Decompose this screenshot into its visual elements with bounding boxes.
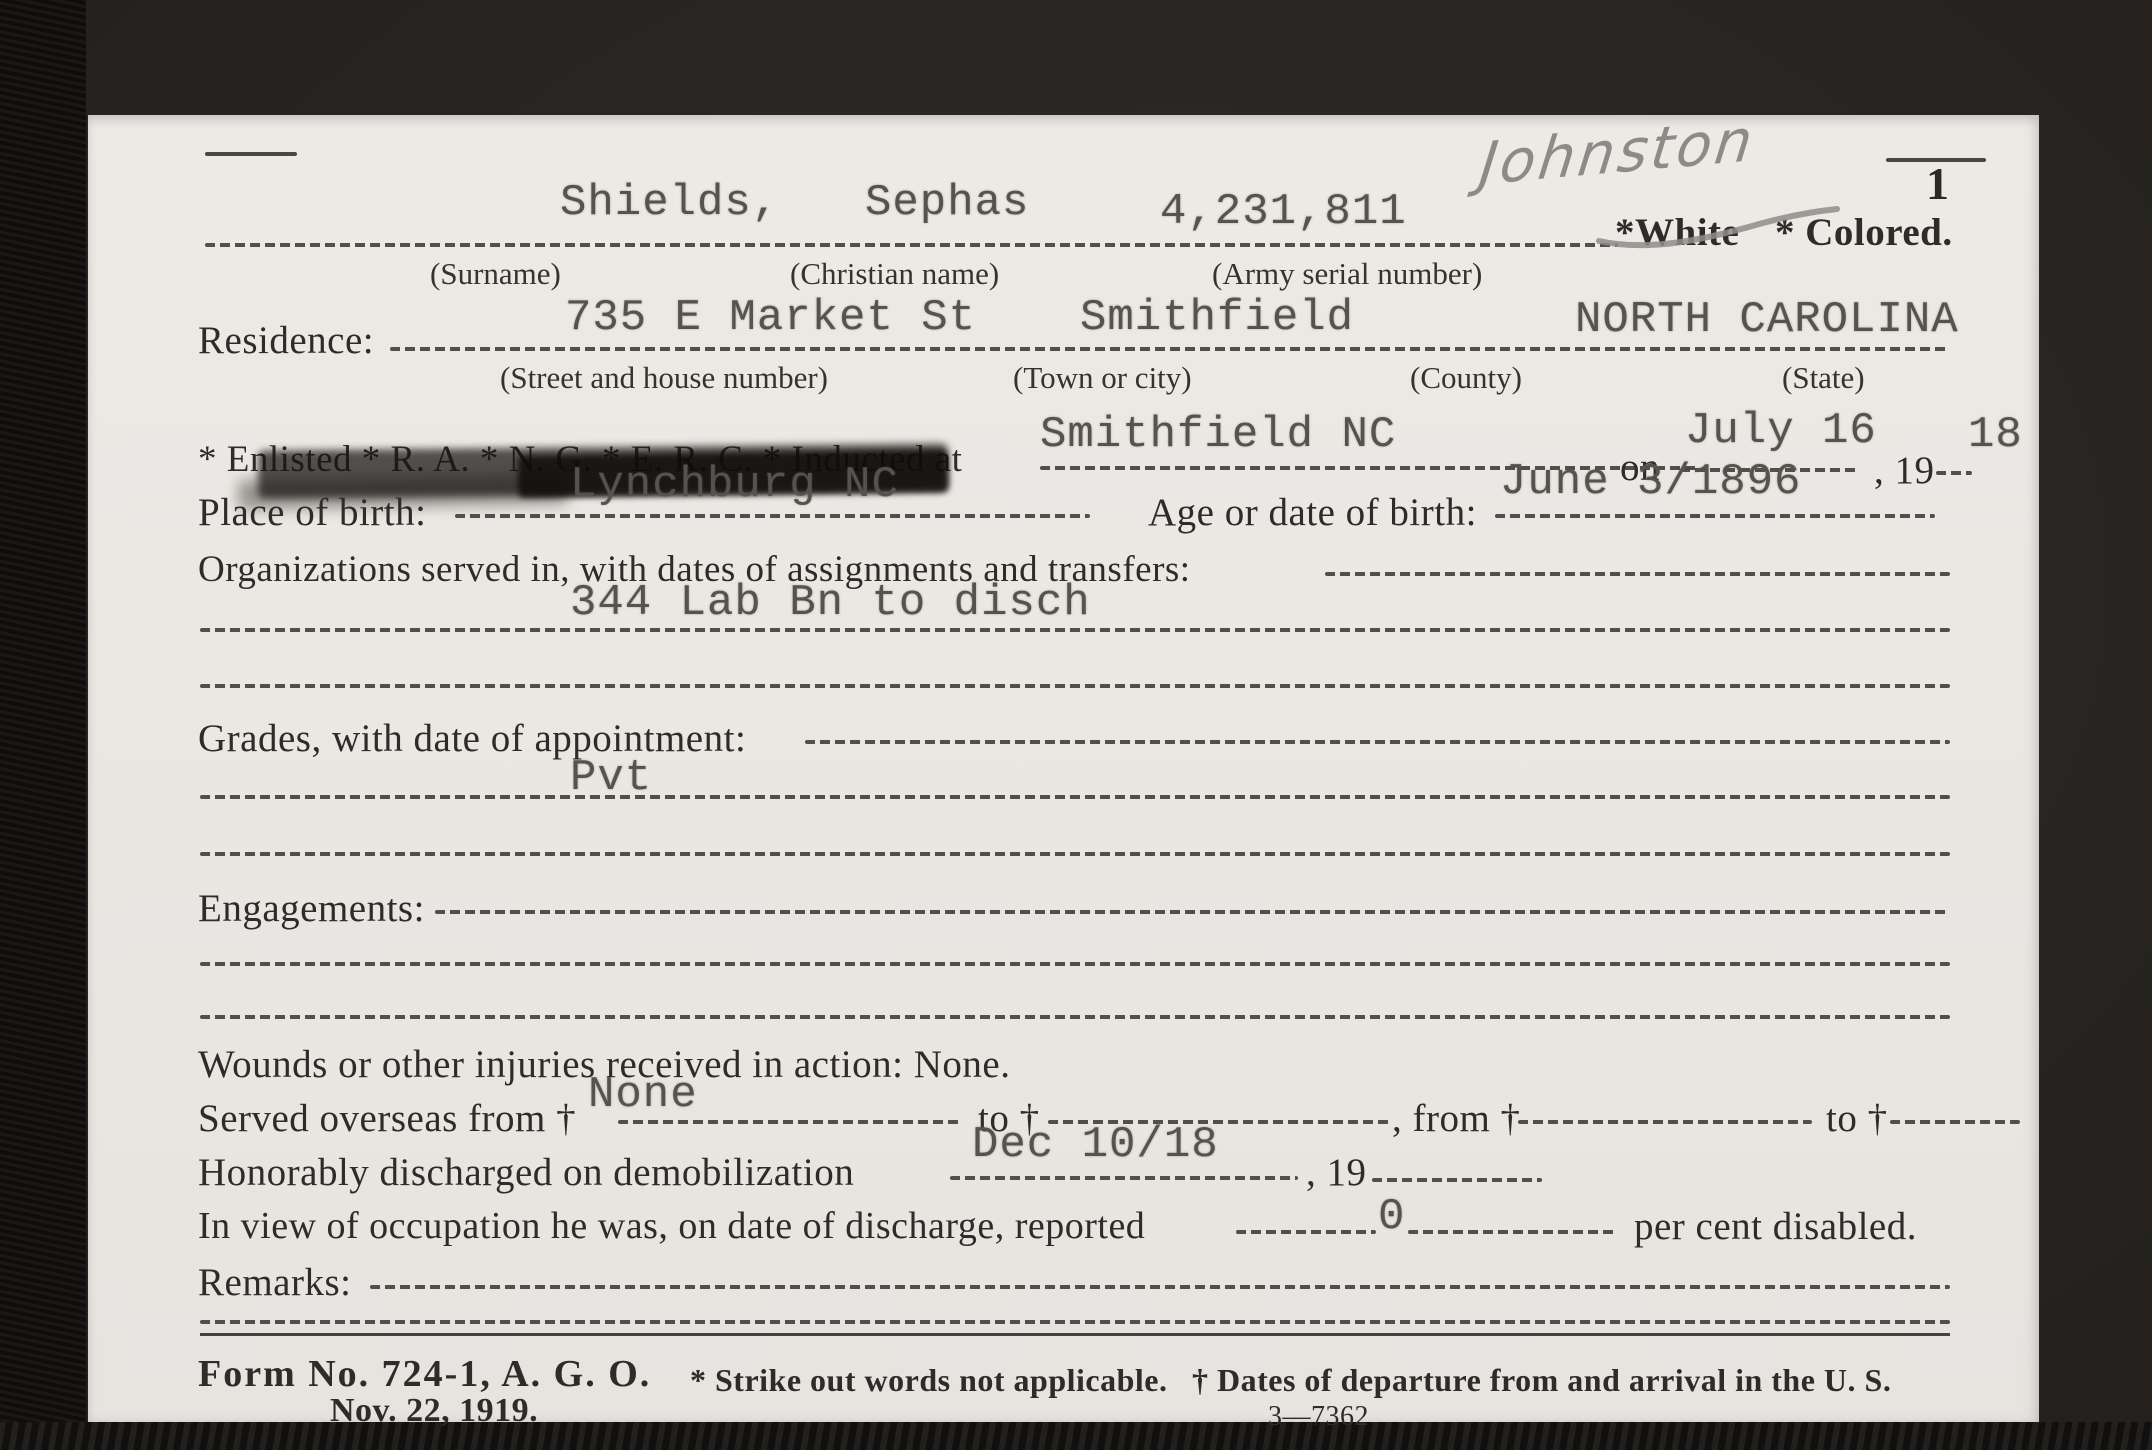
label-state: (State): [1782, 360, 1865, 396]
typed-overseas-value: None: [588, 1070, 698, 1120]
birth-place-rule: [455, 514, 1090, 518]
typed-birth-date: June 3/1896: [1500, 457, 1801, 507]
typed-induction-date: July 16: [1685, 406, 1877, 456]
label-army-serial-number: (Army serial number): [1212, 256, 1482, 292]
typed-discharge-date: Dec 10/18: [972, 1120, 1219, 1170]
label-surname: (Surname): [430, 256, 561, 292]
county-handwritten-note: Johnston: [1476, 106, 1759, 199]
typed-serial-number: 4,231,811: [1160, 187, 1407, 237]
scan-bottom-border: [0, 1422, 2152, 1450]
name-row-rule: [205, 243, 1618, 247]
organizations-rule-2: [200, 628, 1950, 632]
form-date: Nov. 22, 1919.: [330, 1392, 538, 1430]
footnote-dagger: † Dates of departure from and arrival in…: [1192, 1362, 1891, 1399]
typed-christian-name: Sephas: [865, 178, 1029, 228]
footer-divider-dashed: [200, 1320, 1950, 1324]
grades-rule-3: [200, 852, 1950, 856]
typed-surname: Shields,: [560, 178, 779, 228]
overseas-rule-4: [1890, 1120, 2020, 1124]
form-number: Form No. 724-1, A. G. O.: [198, 1352, 651, 1396]
footnote-asterisk: * Strike out words not applicable.: [690, 1362, 1167, 1399]
overseas-rule-3: [1518, 1120, 1812, 1124]
label-christian-name: (Christian name): [790, 256, 999, 292]
typed-state: NORTH CAROLINA: [1575, 295, 1959, 345]
disability-rule-1: [1236, 1230, 1376, 1234]
disability-label: In view of occupation he was, on date of…: [198, 1204, 1145, 1248]
page-number: 1: [1926, 157, 1949, 210]
overseas-rule-1: [618, 1120, 962, 1124]
engagements-rule-3: [200, 1015, 1950, 1019]
overseas-from1-label: Served overseas from †: [198, 1096, 576, 1141]
birth-date-rule: [1495, 514, 1935, 518]
scan-background: Johnston 1 Shields, Sephas 4,231,811 *Wh…: [0, 0, 2152, 1450]
service-record-card: Johnston 1 Shields, Sephas 4,231,811 *Wh…: [88, 115, 2039, 1422]
engagements-label: Engagements:: [198, 886, 425, 931]
organizations-rule-3: [200, 684, 1950, 688]
engagements-rule-1: [435, 910, 1950, 914]
age-or-date-of-birth-label: Age or date of birth:: [1148, 490, 1477, 535]
engagements-rule-2: [200, 962, 1950, 966]
year-rule: [1936, 471, 1972, 475]
organizations-rule-1: [1325, 572, 1950, 576]
overseas-to2-label: to †: [1826, 1096, 1888, 1141]
typed-street: 735 E Market St: [565, 293, 976, 343]
disability-rule-2: [1408, 1230, 1618, 1234]
overseas-from2-label: , from †: [1392, 1096, 1521, 1141]
scan-left-border: [0, 0, 86, 1450]
year-19-printed: , 19: [1874, 448, 1935, 493]
grades-label: Grades, with date of appointment:: [198, 716, 746, 761]
label-county: (County): [1410, 360, 1522, 396]
grades-rule-2: [200, 795, 1950, 799]
print-code: 3—7362: [1268, 1401, 1369, 1433]
typed-disability-percent: 0: [1378, 1192, 1405, 1242]
discharge-rule-2: [1372, 1178, 1542, 1182]
pencil-strike-white: [1593, 197, 1843, 257]
top-left-tick-line: [205, 152, 297, 156]
percent-disabled-label: per cent disabled.: [1634, 1204, 1917, 1249]
grades-rule-1: [805, 740, 1950, 744]
discharge-label: Honorably discharged on demobilization: [198, 1150, 854, 1195]
residence-label: Residence:: [198, 318, 374, 363]
remarks-label: Remarks:: [198, 1260, 351, 1305]
typed-town: Smithfield: [1080, 293, 1354, 343]
typed-induction-place: Smithfield NC: [1040, 410, 1396, 460]
typed-birth-place: Lynchburg NC: [570, 460, 899, 510]
label-street: (Street and house number): [500, 360, 828, 396]
typed-organizations-value: 344 Lab Bn to disch: [570, 578, 1091, 628]
footer-divider-solid: [200, 1333, 1950, 1336]
label-town: (Town or city): [1013, 360, 1192, 396]
typed-induction-year: 18: [1968, 410, 2023, 460]
residence-rule: [390, 347, 1950, 351]
remarks-rule-1: [370, 1285, 1950, 1289]
discharge-year-printed: , 19: [1306, 1150, 1367, 1195]
discharge-rule-1: [950, 1176, 1298, 1180]
place-of-birth-label: Place of birth:: [198, 490, 426, 535]
